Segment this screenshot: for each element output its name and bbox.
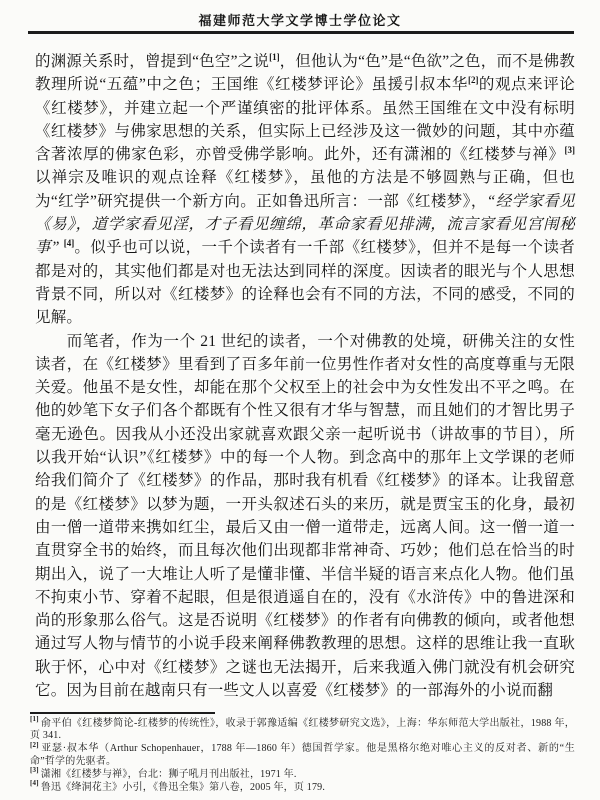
paragraph-2: 而笔者，作为一个 21 世纪的读者，一个对佛教的处境，研佛关注的女性读者，在《红… xyxy=(35,330,575,703)
footnote-1: [1]俞平伯《红楼梦简论-红楼梦的传统性》，收录于郭豫适编《红楼梦研究文选》，上… xyxy=(30,718,575,744)
footnote-ref-4: [4] xyxy=(64,238,75,248)
footnote-ref-3: [3] xyxy=(565,145,576,155)
p1-segment-1: 的渊源关系时，曾提到“色空”之说 xyxy=(35,53,269,70)
footnote-2: [2]亚瑟·叔本华（Arthur Schopenhauer，1788 年—186… xyxy=(30,743,575,769)
body-text: 的渊源关系时，曾提到“色空”之说[1]，但他认为“色”是“色欲”之色，而不是佛教… xyxy=(35,50,575,702)
footnote-2-marker: [2] xyxy=(30,741,39,749)
footnote-4-text: 鲁迅《绛洞花主》小引，《鲁迅全集》第八卷，2005 年，页 179. xyxy=(41,782,325,793)
footnote-3-text: 潇湘《红楼梦与禅》，台北：狮子吼月刊出版社，1971 年. xyxy=(41,769,297,780)
footnote-1-text: 俞平伯《红楼梦简论-红楼梦的传统性》，收录于郭豫适编《红楼梦研究文选》，上海：华… xyxy=(30,718,575,742)
p2-text: 而笔者，作为一个 21 世纪的读者，一个对佛教的处境，研佛关注的女性读者，在《红… xyxy=(35,333,575,699)
page-header-title: 福建师范大学文学博士学位论文 xyxy=(0,10,600,29)
footnote-1-marker: [1] xyxy=(30,715,39,723)
footnote-area: [1]俞平伯《红楼梦简论-红楼梦的传统性》，收录于郭豫适编《红楼梦研究文选》，上… xyxy=(30,712,575,794)
paragraph-1: 的渊源关系时，曾提到“色空”之说[1]，但他认为“色”是“色欲”之色，而不是佛教… xyxy=(35,50,575,330)
header-rule xyxy=(28,31,574,34)
page-header: 福建师范大学文学博士学位论文 xyxy=(0,10,600,29)
dissertation-page: 福建师范大学文学博士学位论文 的渊源关系时，曾提到“色空”之说[1]，但他认为“… xyxy=(0,0,600,800)
footnote-4: [4]鲁迅《绛洞花主》小引，《鲁迅全集》第八卷，2005 年，页 179. xyxy=(30,782,575,795)
footnote-3: [3]潇湘《红楼梦与禅》，台北：狮子吼月刊出版社，1971 年. xyxy=(30,769,575,782)
footnote-3-marker: [3] xyxy=(30,766,39,774)
footnote-2-text: 亚瑟·叔本华（Arthur Schopenhauer，1788 年—1860 年… xyxy=(30,743,575,767)
footnote-ref-2: [2] xyxy=(468,75,479,85)
footnote-4-marker: [4] xyxy=(30,779,39,787)
p1-segment-5: 。似乎也可以说，一千个读者有一千部《红楼梦》，但并不是每一个读者都是对的，其实他… xyxy=(35,239,575,326)
footnote-ref-1: [1] xyxy=(269,52,280,62)
footnote-rule xyxy=(30,712,215,714)
